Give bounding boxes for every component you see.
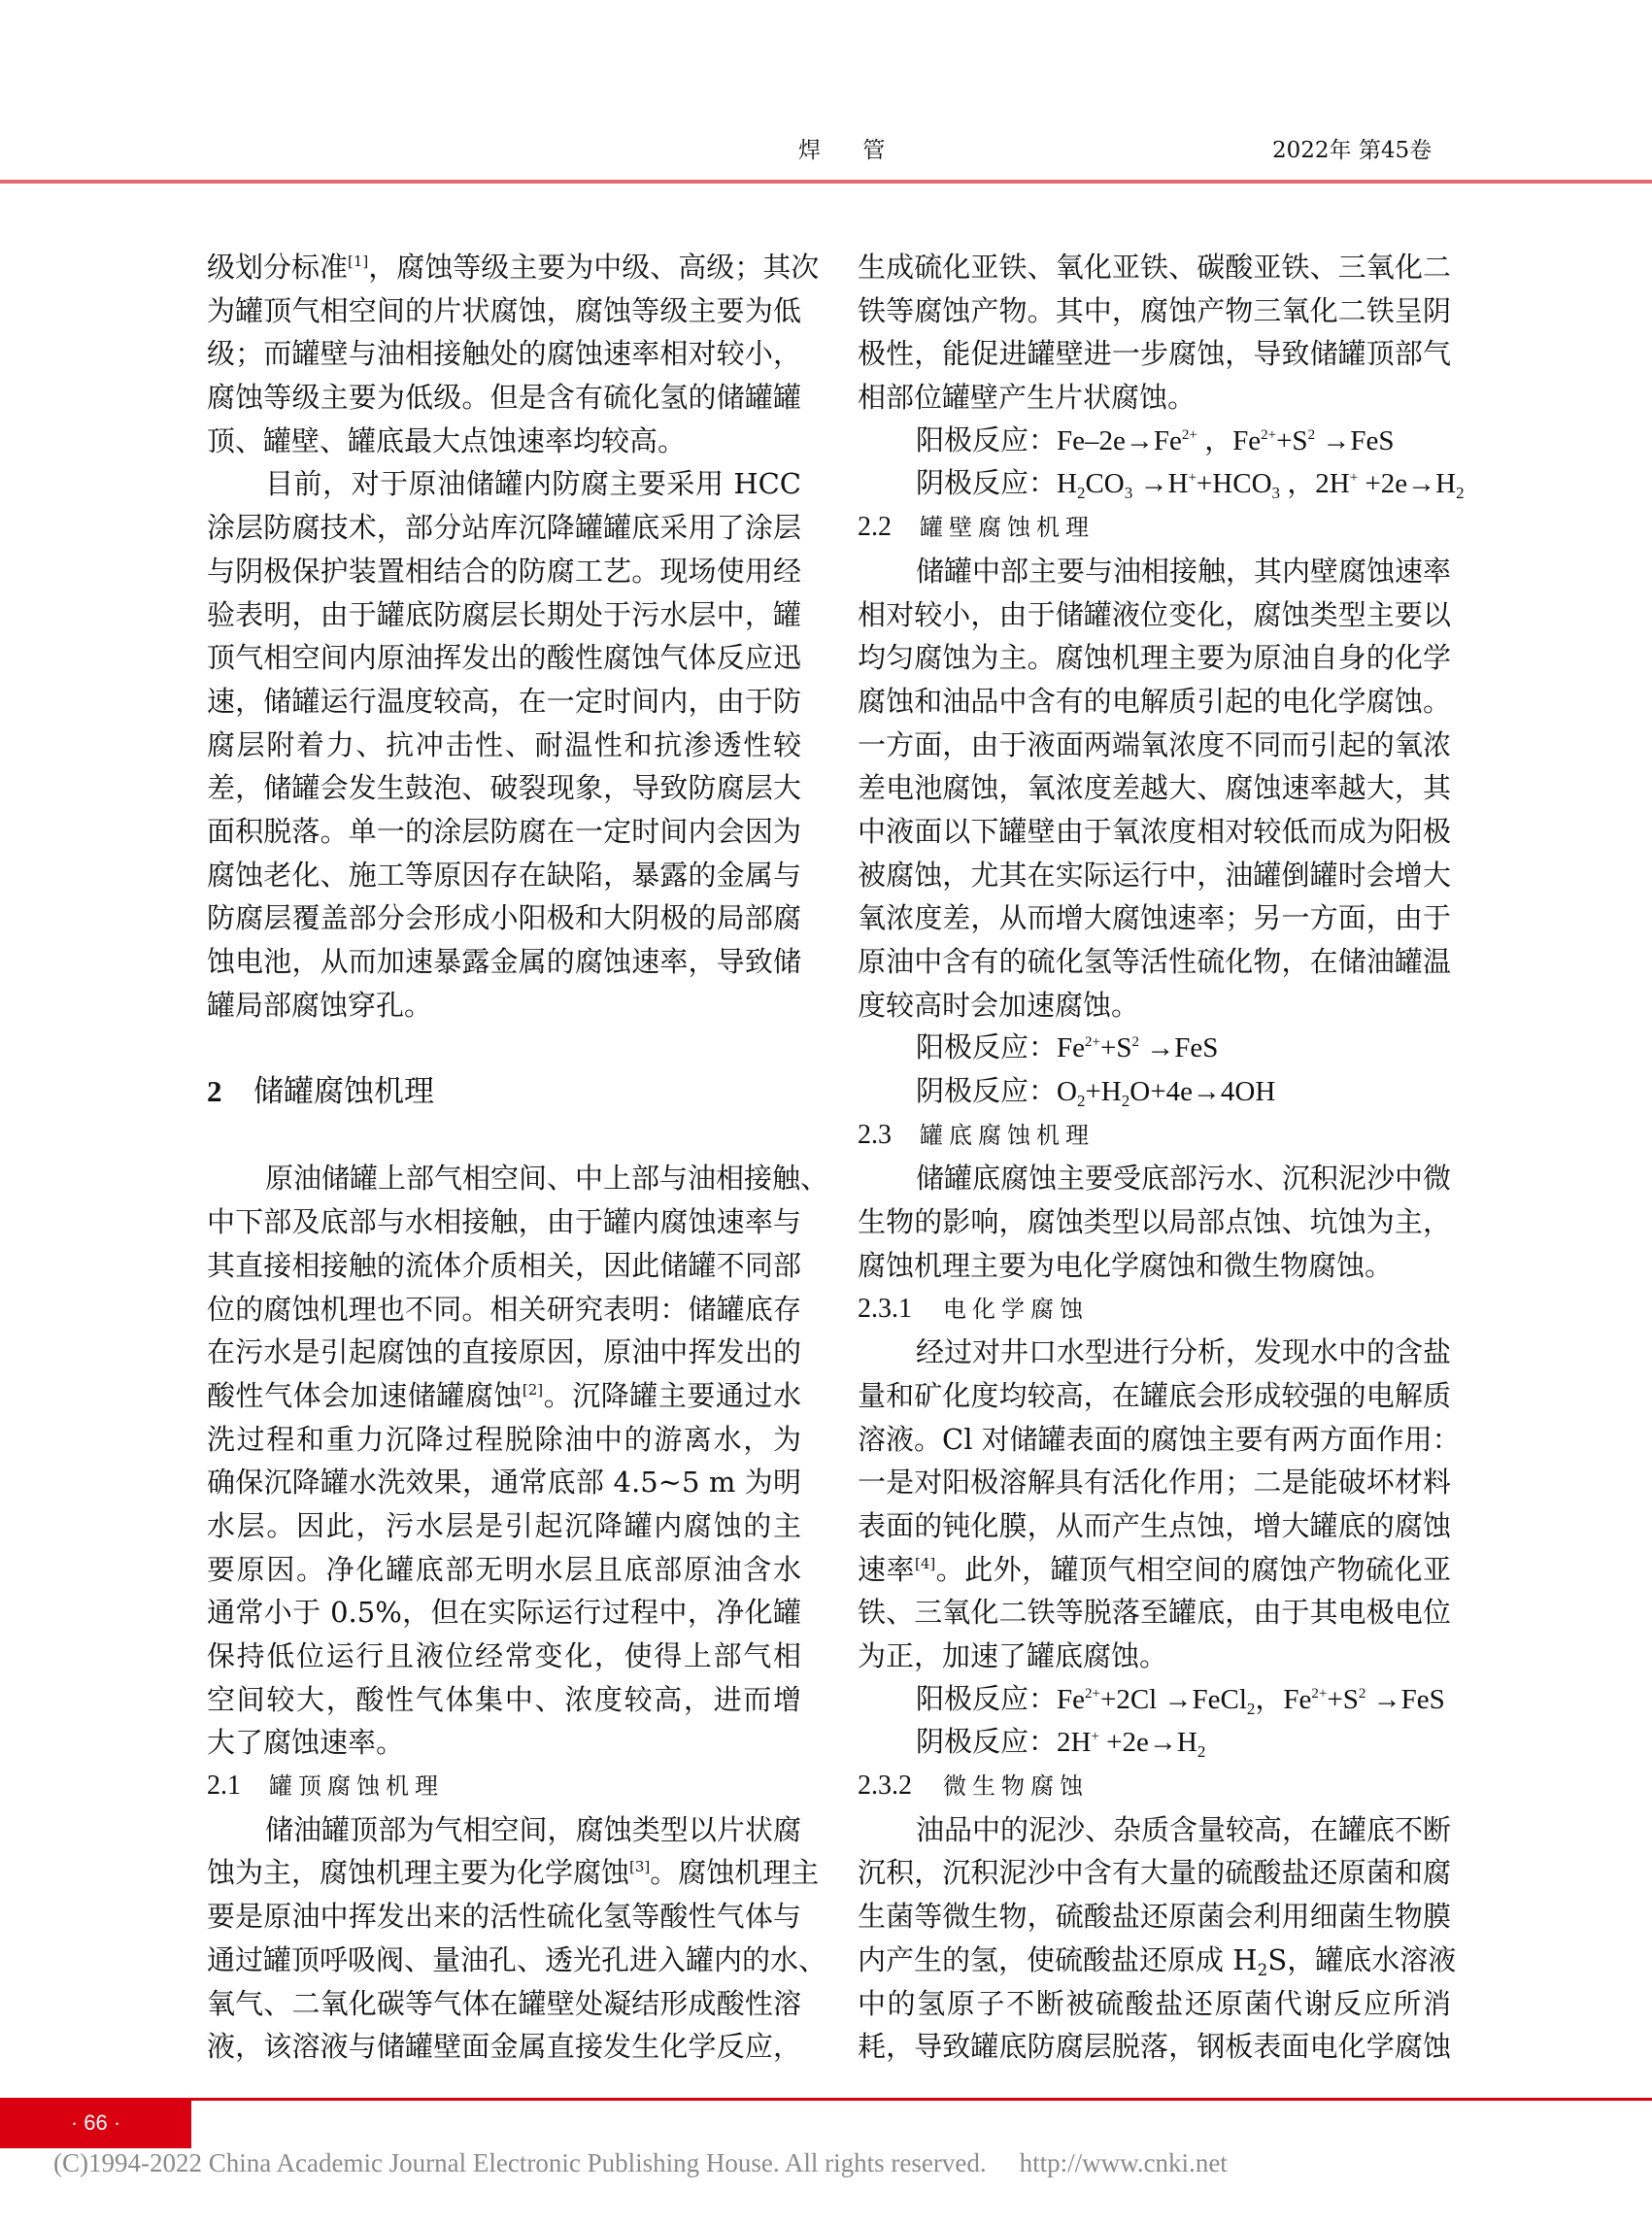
section-number: 2.2 bbox=[858, 506, 920, 550]
line-text: 为罐顶气相空间的片状腐蚀，腐蚀等级主要为低 bbox=[207, 294, 801, 327]
section-number: 2.3 bbox=[858, 1114, 920, 1158]
line-text: 通常小于 0.5%，但在实际运行过程中，净化罐 bbox=[207, 1596, 801, 1629]
line-text: 耗，导致罐底防腐层脱落，钢板表面电化学腐蚀 bbox=[858, 2030, 1451, 2063]
text-line: 级；而罐壁与油相接触处的腐蚀速率相对较小， bbox=[207, 332, 801, 376]
text-line: 要原因。净化罐底部无明水层且底部原油含水 bbox=[207, 1548, 801, 1592]
text-run: 腐蚀等级主要为低级。但是含有硫化氢的储罐罐 bbox=[207, 381, 801, 414]
text-line: 与阴极保护装置相结合的防腐工艺。现场使用经 bbox=[207, 550, 801, 593]
text-line: 中液面以下罐壁由于氧浓度相对较低而成为阳极 bbox=[858, 810, 1451, 854]
text-run: O+4e→4OH bbox=[1129, 1076, 1275, 1107]
line-text: 中的氢原子不断被硫酸盐还原菌代谢反应所消 bbox=[858, 1987, 1451, 2020]
line-text: 沉积，沉积泥沙中含有大量的硫酸盐还原菌和腐 bbox=[858, 1856, 1451, 1889]
text-run: 铁等腐蚀产物。其中，腐蚀产物三氧化二铁呈阴 bbox=[858, 294, 1451, 327]
text-run: +2Cl →FeCl bbox=[1100, 1684, 1247, 1715]
text-run: 溶液。Cl 对储罐表面的腐蚀主要有两方面作用： bbox=[858, 1423, 1461, 1456]
line-text: 经过对井口水型进行分析，发现水中的含盐 bbox=[916, 1335, 1451, 1368]
text-run: 通过罐顶呼吸阀、量油孔、透光孔进入罐内的水、 bbox=[207, 1943, 826, 1976]
text-run: 阴极反应：2H bbox=[916, 1727, 1091, 1758]
text-run: 储罐中部主要与油相接触，其内壁腐蚀速率 bbox=[916, 555, 1451, 588]
text-line: 在污水是引起腐蚀的直接原因，原油中挥发出的 bbox=[207, 1331, 801, 1374]
text-run: →FeS bbox=[1365, 1684, 1444, 1715]
text-run: 氧浓度差，从而增大腐蚀速率；另一方面，由于 bbox=[858, 901, 1451, 934]
text-run: 油品中的泥沙、杂质含量较高，在罐底不断 bbox=[916, 1813, 1451, 1846]
line-text: 位的腐蚀机理也不同。相关研究表明：储罐底存 bbox=[207, 1293, 801, 1326]
line-text: 原油中含有的硫化氢等活性硫化物，在储油罐温 bbox=[858, 945, 1451, 978]
left-text-column: 级划分标准[1]，腐蚀等级主要为中级、高级；其次为罐顶气相空间的片状腐蚀，腐蚀等… bbox=[207, 246, 801, 2069]
line-text: 腐蚀老化、施工等原因存在缺陷，暴露的金属与 bbox=[207, 859, 801, 892]
line-text: 要是原油中挥发出来的活性硫化氢等酸性气体与 bbox=[207, 1900, 801, 1933]
text-line: 空间较大，酸性气体集中、浓度较高，进而增 bbox=[207, 1678, 801, 1722]
copyright-notice: (C)1994-2022 China Academic Journal Elec… bbox=[53, 2148, 1228, 2178]
text-run: 生成硫化亚铁、氧化亚铁、碳酸亚铁、三氧化二 bbox=[858, 251, 1451, 284]
section-heading: 2.3罐底腐蚀机理 bbox=[858, 1114, 1451, 1158]
text-run: →H bbox=[1132, 468, 1188, 499]
reaction-equation: 阳极反应：Fe–2e→Fe2+ ，Fe2++S2 →FeS bbox=[858, 420, 1451, 463]
reaction-equation: 阴极反应：O2+H2O+4e→4OH bbox=[858, 1070, 1451, 1114]
line-text: 油品中的泥沙、杂质含量较高，在罐底不断 bbox=[916, 1813, 1451, 1846]
superscript: 2+ bbox=[1261, 427, 1276, 443]
text-line: 均匀腐蚀为主。腐蚀机理主要为原油自身的化学 bbox=[858, 636, 1451, 680]
text-run: 原油储罐上部气相空间、中上部与油相接触、 bbox=[265, 1162, 828, 1195]
line-text: 一是对阳极溶解具有活化作用；二是能破坏材料 bbox=[858, 1466, 1451, 1499]
text-run: 阳极反应：Fe bbox=[916, 1684, 1085, 1715]
text-line: 腐蚀和油品中含有的电解质引起的电化学腐蚀。 bbox=[858, 680, 1451, 724]
line-text: 阳极反应：Fe2++2Cl →FeCl2，Fe2++S2 →FeS bbox=[916, 1684, 1445, 1715]
text-run: 沉积，沉积泥沙中含有大量的硫酸盐还原菌和腐 bbox=[858, 1856, 1451, 1889]
text-run: 中液面以下罐壁由于氧浓度相对较低而成为阳极 bbox=[858, 815, 1451, 848]
text-run: 级划分标准 bbox=[207, 251, 348, 284]
text-line: 储罐中部主要与油相接触，其内壁腐蚀速率 bbox=[858, 550, 1451, 593]
reaction-equation: 阳极反应：Fe2++S2 →FeS bbox=[858, 1027, 1451, 1070]
text-run: 酸性气体会加速储罐腐蚀 bbox=[207, 1379, 523, 1412]
text-line: 铁等腐蚀产物。其中，腐蚀产物三氧化二铁呈阴 bbox=[858, 289, 1451, 333]
text-run: 相部位罐壁产生片状腐蚀。 bbox=[858, 381, 1196, 414]
text-run: 要原因。净化罐底部无明水层且底部原油含水 bbox=[207, 1553, 801, 1586]
text-run: S，罐底水溶液 bbox=[1267, 1943, 1456, 1976]
text-run: 中的氢原子不断被硫酸盐还原菌代谢反应所消 bbox=[858, 1987, 1451, 2020]
text-run: 级；而罐壁与油相接触处的腐蚀速率相对较小， bbox=[207, 337, 801, 370]
superscript: + bbox=[1350, 470, 1358, 486]
footer-divider bbox=[0, 2098, 1652, 2101]
issue-info: 2022年 第45卷 bbox=[1272, 132, 1432, 164]
line-text: 铁等腐蚀产物。其中，腐蚀产物三氧化二铁呈阴 bbox=[858, 294, 1451, 327]
text-run: 阳极反应：Fe bbox=[916, 1032, 1085, 1063]
text-line: 铁、三氧化二铁等脱落至罐底，由于其电极电位 bbox=[858, 1591, 1451, 1635]
text-run: 液，该溶液与储罐壁面金属直接发生化学反应， bbox=[207, 2030, 801, 2063]
text-run: 度较高时会加速腐蚀。 bbox=[858, 989, 1139, 1022]
text-run: 保持低位运行且液位经常变化，使得上部气相 bbox=[207, 1639, 801, 1672]
line-text: 溶液。Cl 对储罐表面的腐蚀主要有两方面作用： bbox=[858, 1423, 1461, 1456]
line-text: 极性，能促进罐壁进一步腐蚀，导致储罐顶部气 bbox=[858, 337, 1451, 370]
text-line: 速率[4]。此外，罐顶气相空间的腐蚀产物硫化亚 bbox=[858, 1548, 1451, 1592]
text-line: 被腐蚀，尤其在实际运行中，油罐倒罐时会增大 bbox=[858, 854, 1451, 897]
text-run: 大了腐蚀速率。 bbox=[207, 1726, 404, 1759]
text-run: 生菌等微生物，硫酸盐还原菌会利用细菌生物膜 bbox=[858, 1900, 1451, 1933]
line-text: 阴极反应：2H+ +2e→H2 bbox=[916, 1727, 1205, 1758]
text-line: 防腐层覆盖部分会形成小阳极和大阴极的局部腐 bbox=[207, 896, 801, 940]
text-line: 储罐底腐蚀主要受底部污水、沉积泥沙中微 bbox=[858, 1157, 1451, 1200]
text-run: 罐顶腐蚀机理 bbox=[269, 1772, 444, 1800]
line-text: 腐蚀机理主要为电化学腐蚀和微生物腐蚀。 bbox=[858, 1249, 1393, 1282]
text-line: 为正，加速了罐底腐蚀。 bbox=[858, 1635, 1451, 1678]
text-run: 。腐蚀机理主 bbox=[650, 1856, 819, 1889]
text-run: +2e→H bbox=[1358, 468, 1456, 499]
line-text: 微生物腐蚀 bbox=[943, 1772, 1089, 1800]
text-line: 中的氢原子不断被硫酸盐还原菌代谢反应所消 bbox=[858, 1982, 1451, 2026]
text-run: 生物的影响，腐蚀类型以局部点蚀、坑蚀为主， bbox=[858, 1205, 1451, 1238]
line-text: 被腐蚀，尤其在实际运行中，油罐倒罐时会增大 bbox=[858, 859, 1451, 892]
text-run: 均匀腐蚀为主。腐蚀机理主要为原油自身的化学 bbox=[858, 641, 1451, 674]
superscript: [1] bbox=[348, 253, 368, 270]
text-line: 验表明，由于罐底防腐层长期处于污水层中，罐 bbox=[207, 593, 801, 637]
line-text: 相对较小，由于储罐液位变化，腐蚀类型主要以 bbox=[858, 598, 1451, 631]
text-run: 水层。因此，污水层是引起沉降罐内腐蚀的主 bbox=[207, 1509, 801, 1542]
text-run: 。沉降罐主要通过水 bbox=[543, 1379, 801, 1412]
reaction-equation: 阳极反应：Fe2++2Cl →FeCl2，Fe2++S2 →FeS bbox=[858, 1678, 1451, 1722]
text-line: 原油储罐上部气相空间、中上部与油相接触、 bbox=[207, 1157, 801, 1200]
text-line: 保持低位运行且液位经常变化，使得上部气相 bbox=[207, 1635, 801, 1678]
line-text: 表面的钝化膜，从而产生点蚀，增大罐底的腐蚀 bbox=[858, 1509, 1451, 1542]
text-line: 沉积，沉积泥沙中含有大量的硫酸盐还原菌和腐 bbox=[858, 1851, 1451, 1895]
text-run: 在污水是引起腐蚀的直接原因，原油中挥发出的 bbox=[207, 1335, 801, 1368]
text-line: 差电池腐蚀，氧浓度差越大、腐蚀速率越大，其 bbox=[858, 766, 1451, 810]
text-run: 电化学腐蚀 bbox=[943, 1296, 1089, 1323]
text-line: 油品中的泥沙、杂质含量较高，在罐底不断 bbox=[858, 1808, 1451, 1852]
line-text: 铁、三氧化二铁等脱落至罐底，由于其电极电位 bbox=[858, 1596, 1451, 1629]
page-number: · 66 · bbox=[71, 2110, 120, 2135]
text-run: CO bbox=[1085, 468, 1124, 499]
text-line: 一方面，由于液面两端氧浓度不同而引起的氧浓 bbox=[858, 724, 1451, 767]
subscript: 2 bbox=[1456, 484, 1465, 502]
line-text: 差电池腐蚀，氧浓度差越大、腐蚀速率越大，其 bbox=[858, 771, 1451, 804]
line-text: 面积脱落。单一的涂层防腐在一定时间内会因为 bbox=[207, 815, 801, 848]
superscript: + bbox=[1091, 1729, 1098, 1744]
text-run: 其直接相接触的流体介质相关，因此储罐不同部 bbox=[207, 1249, 801, 1282]
text-line: 度较高时会加速腐蚀。 bbox=[858, 984, 1451, 1028]
text-run: 阴极反应：O bbox=[916, 1076, 1077, 1107]
text-line: 腐蚀机理主要为电化学腐蚀和微生物腐蚀。 bbox=[858, 1244, 1451, 1288]
copyright-text: (C)1994-2022 China Academic Journal Elec… bbox=[53, 2148, 987, 2177]
text-line: 经过对井口水型进行分析，发现水中的含盐 bbox=[858, 1331, 1451, 1374]
text-run: 罐局部腐蚀穿孔。 bbox=[207, 989, 432, 1022]
text-line: 储油罐顶部为气相空间，腐蚀类型以片状腐 bbox=[207, 1808, 801, 1852]
text-run: 微生物腐蚀 bbox=[943, 1772, 1089, 1800]
text-run: ，腐蚀等级主要为中级、高级；其次 bbox=[368, 251, 819, 284]
line-text: 级；而罐壁与油相接触处的腐蚀速率相对较小， bbox=[207, 337, 801, 370]
subscript: 3 bbox=[1272, 484, 1281, 502]
line-text: 电化学腐蚀 bbox=[943, 1296, 1089, 1323]
text-line: 溶液。Cl 对储罐表面的腐蚀主要有两方面作用： bbox=[858, 1418, 1451, 1462]
line-text: 速率[4]。此外，罐顶气相空间的腐蚀产物硫化亚 bbox=[858, 1553, 1451, 1586]
subscript: 3 bbox=[1125, 484, 1133, 502]
text-run: 防腐层覆盖部分会形成小阳极和大阴极的局部腐 bbox=[207, 901, 801, 934]
text-run: 顶气相空间内原油挥发出的酸性腐蚀气体反应迅 bbox=[207, 641, 801, 674]
text-run: 量和矿化度均较高，在罐底会形成较强的电解质 bbox=[858, 1379, 1451, 1412]
text-line: 洗过程和重力沉降过程脱除油中的游离水，为 bbox=[207, 1418, 801, 1462]
line-text: 大了腐蚀速率。 bbox=[207, 1726, 404, 1759]
text-run: 阳极反应：Fe–2e→Fe bbox=[916, 425, 1182, 456]
text-run: 。此外，罐顶气相空间的腐蚀产物硫化亚 bbox=[935, 1553, 1451, 1586]
text-line: 生成硫化亚铁、氧化亚铁、碳酸亚铁、三氧化二 bbox=[858, 246, 1451, 289]
text-line: 涂层防腐技术，部分站库沉降罐罐底采用了涂层 bbox=[207, 506, 801, 550]
line-text: 腐层附着力、抗冲击性、耐温性和抗渗透性较 bbox=[207, 728, 801, 761]
line-text: 验表明，由于罐底防腐层长期处于污水层中，罐 bbox=[207, 598, 801, 631]
text-line: 通过罐顶呼吸阀、量油孔、透光孔进入罐内的水、 bbox=[207, 1939, 801, 1982]
text-run: +S bbox=[1276, 425, 1307, 456]
text-line: 腐蚀等级主要为低级。但是含有硫化氢的储罐罐 bbox=[207, 376, 801, 420]
text-run: 一是对阳极溶解具有活化作用；二是能破坏材料 bbox=[858, 1466, 1451, 1499]
text-run: 差电池腐蚀，氧浓度差越大、腐蚀速率越大，其 bbox=[858, 771, 1451, 804]
text-run: 经过对井口水型进行分析，发现水中的含盐 bbox=[916, 1335, 1451, 1368]
text-run: 蚀电池，从而加速暴露金属的腐蚀速率，导致储 bbox=[207, 945, 801, 978]
journal-title: 焊 管 bbox=[798, 132, 902, 164]
text-line: 速，储罐运行温度较高，在一定时间内，由于防 bbox=[207, 680, 801, 724]
subscript: 2 bbox=[1258, 1961, 1268, 1980]
line-text: 酸性气体会加速储罐腐蚀[2]。沉降罐主要通过水 bbox=[207, 1379, 801, 1412]
line-text: 氧气、二氧化碳等气体在罐壁处凝结形成酸性溶 bbox=[207, 1987, 801, 2020]
text-line: 腐蚀老化、施工等原因存在缺陷，暴露的金属与 bbox=[207, 854, 801, 897]
text-run: 位的腐蚀机理也不同。相关研究表明：储罐底存 bbox=[207, 1293, 801, 1326]
text-line: 为罐顶气相空间的片状腐蚀，腐蚀等级主要为低 bbox=[207, 289, 801, 333]
line-text: 储罐底腐蚀主要受底部污水、沉积泥沙中微 bbox=[916, 1162, 1451, 1195]
line-text: 中液面以下罐壁由于氧浓度相对较低而成为阳极 bbox=[858, 815, 1451, 848]
line-text: 目前，对于原油储罐内防腐主要采用 HCC bbox=[265, 467, 801, 500]
text-run: +S bbox=[1100, 1032, 1131, 1063]
text-run: 速，储罐运行温度较高，在一定时间内，由于防 bbox=[207, 685, 801, 718]
line-text: 罐局部腐蚀穿孔。 bbox=[207, 989, 432, 1022]
text-run: 罐壁腐蚀机理 bbox=[920, 514, 1095, 541]
text-run: ，Fe bbox=[1255, 1684, 1311, 1715]
text-line: 大了腐蚀速率。 bbox=[207, 1721, 801, 1765]
text-run: 相对较小，由于储罐液位变化，腐蚀类型主要以 bbox=[858, 598, 1451, 631]
text-run: 阴极反应：H bbox=[916, 468, 1077, 499]
line-text: 腐蚀等级主要为低级。但是含有硫化氢的储罐罐 bbox=[207, 381, 801, 414]
superscript: 2+ bbox=[1182, 427, 1197, 443]
superscript: [2] bbox=[523, 1381, 543, 1399]
text-run: ，2H bbox=[1280, 468, 1350, 499]
text-line: 面积脱落。单一的涂层防腐在一定时间内会因为 bbox=[207, 810, 801, 854]
superscript: [4] bbox=[915, 1555, 935, 1572]
line-text: 氧浓度差，从而增大腐蚀速率；另一方面，由于 bbox=[858, 901, 1451, 934]
text-run: 腐蚀和油品中含有的电解质引起的电化学腐蚀。 bbox=[858, 685, 1451, 718]
text-line: 级划分标准[1]，腐蚀等级主要为中级、高级；其次 bbox=[207, 246, 801, 289]
section-number: 2.1 bbox=[207, 1765, 269, 1808]
text-line: 相对较小，由于储罐液位变化，腐蚀类型主要以 bbox=[858, 593, 1451, 637]
line-text: 罐壁腐蚀机理 bbox=[920, 514, 1095, 541]
line-text: 阴极反应：H2CO3 →H++HCO3 ，2H+ +2e→H2 bbox=[916, 468, 1465, 499]
text-run: 确保沉降罐水洗效果，通常底部 4.5~5 m 为明 bbox=[207, 1466, 801, 1499]
text-line: 量和矿化度均较高，在罐底会形成较强的电解质 bbox=[858, 1374, 1451, 1418]
text-line: 耗，导致罐底防腐层脱落，钢板表面电化学腐蚀 bbox=[858, 2025, 1451, 2069]
subscript: 2 bbox=[1122, 1092, 1130, 1110]
text-run: 表面的钝化膜，从而产生点蚀，增大罐底的腐蚀 bbox=[858, 1509, 1451, 1542]
text-line: 中下部及底部与水相接触，由于罐内腐蚀速率与 bbox=[207, 1200, 801, 1244]
section-number: 2.3.1 bbox=[858, 1288, 943, 1332]
text-run: 要是原油中挥发出来的活性硫化氢等酸性气体与 bbox=[207, 1900, 801, 1933]
line-text: 顶气相空间内原油挥发出的酸性腐蚀气体反应迅 bbox=[207, 641, 801, 674]
text-run: 储罐腐蚀机理 bbox=[253, 1074, 434, 1109]
line-text: 储罐中部主要与油相接触，其内壁腐蚀速率 bbox=[916, 555, 1451, 588]
text-line: 表面的钝化膜，从而产生点蚀，增大罐底的腐蚀 bbox=[858, 1504, 1451, 1548]
line-text: 量和矿化度均较高，在罐底会形成较强的电解质 bbox=[858, 1379, 1451, 1412]
line-text: 阳极反应：Fe–2e→Fe2+ ，Fe2++S2 →FeS bbox=[916, 425, 1394, 456]
superscript: 2+ bbox=[1085, 1034, 1100, 1050]
line-text: 阴极反应：O2+H2O+4e→4OH bbox=[916, 1076, 1275, 1107]
subscript: 2 bbox=[1197, 1742, 1206, 1761]
text-line: 顶、罐壁、罐底最大点蚀速率均较高。 bbox=[207, 420, 801, 463]
reaction-equation: 阴极反应：H2CO3 →H++HCO3 ，2H+ +2e→H2 bbox=[858, 462, 1451, 506]
superscript: + bbox=[1188, 470, 1196, 486]
text-line: 生菌等微生物，硫酸盐还原菌会利用细菌生物膜 bbox=[858, 1895, 1451, 1939]
line-text: 水层。因此，污水层是引起沉降罐内腐蚀的主 bbox=[207, 1509, 801, 1542]
line-text: 确保沉降罐水洗效果，通常底部 4.5~5 m 为明 bbox=[207, 1466, 801, 1499]
line-text: 洗过程和重力沉降过程脱除油中的游离水，为 bbox=[207, 1423, 801, 1456]
line-text: 级划分标准[1]，腐蚀等级主要为中级、高级；其次 bbox=[207, 251, 819, 284]
text-line: 其直接相接触的流体介质相关，因此储罐不同部 bbox=[207, 1244, 801, 1288]
text-line: 水层。因此，污水层是引起沉降罐内腐蚀的主 bbox=[207, 1504, 801, 1548]
text-run: 铁、三氧化二铁等脱落至罐底，由于其电极电位 bbox=[858, 1596, 1451, 1629]
text-line: 酸性气体会加速储罐腐蚀[2]。沉降罐主要通过水 bbox=[207, 1374, 801, 1418]
section-heading: 2.3.1电化学腐蚀 bbox=[858, 1288, 1451, 1332]
text-line: 确保沉降罐水洗效果，通常底部 4.5~5 m 为明 bbox=[207, 1461, 801, 1504]
text-run: 储罐底腐蚀主要受底部污水、沉积泥沙中微 bbox=[916, 1162, 1451, 1195]
section-heading: 2.1罐顶腐蚀机理 bbox=[207, 1765, 801, 1808]
line-text: 差，储罐会发生鼓泡、破裂现象，导致防腐层大 bbox=[207, 771, 801, 804]
text-run: 通常小于 0.5%，但在实际运行过程中，净化罐 bbox=[207, 1596, 801, 1629]
line-text: 储罐腐蚀机理 bbox=[253, 1074, 434, 1109]
text-line: 罐局部腐蚀穿孔。 bbox=[207, 984, 801, 1028]
text-run: 腐层附着力、抗冲击性、耐温性和抗渗透性较 bbox=[207, 728, 801, 761]
right-text-column: 生成硫化亚铁、氧化亚铁、碳酸亚铁、三氧化二铁等腐蚀产物。其中，腐蚀产物三氧化二铁… bbox=[858, 246, 1451, 2069]
line-text: 度较高时会加速腐蚀。 bbox=[858, 989, 1139, 1022]
line-text: 生菌等微生物，硫酸盐还原菌会利用细菌生物膜 bbox=[858, 1900, 1451, 1933]
line-text: 生物的影响，腐蚀类型以局部点蚀、坑蚀为主， bbox=[858, 1205, 1451, 1238]
line-text: 生成硫化亚铁、氧化亚铁、碳酸亚铁、三氧化二 bbox=[858, 251, 1451, 284]
text-run: 验表明，由于罐底防腐层长期处于污水层中，罐 bbox=[207, 598, 801, 631]
text-run: 顶、罐壁、罐底最大点蚀速率均较高。 bbox=[207, 424, 686, 457]
text-line bbox=[207, 1114, 801, 1158]
text-line: 液，该溶液与储罐壁面金属直接发生化学反应， bbox=[207, 2025, 801, 2069]
line-text: 蚀电池，从而加速暴露金属的腐蚀速率，导致储 bbox=[207, 945, 801, 978]
line-text: 要原因。净化罐底部无明水层且底部原油含水 bbox=[207, 1553, 801, 1586]
text-line: 腐层附着力、抗冲击性、耐温性和抗渗透性较 bbox=[207, 724, 801, 767]
text-run: 储油罐顶部为气相空间，腐蚀类型以片状腐 bbox=[265, 1813, 801, 1846]
text-run: 腐蚀老化、施工等原因存在缺陷，暴露的金属与 bbox=[207, 859, 801, 892]
text-run: +S bbox=[1327, 1684, 1358, 1715]
line-text: 腐蚀和油品中含有的电解质引起的电化学腐蚀。 bbox=[858, 685, 1451, 718]
section-number: 2 bbox=[207, 1070, 253, 1114]
text-run: 洗过程和重力沉降过程脱除油中的游离水，为 bbox=[207, 1423, 801, 1456]
text-run: 极性，能促进罐壁进一步腐蚀，导致储罐顶部气 bbox=[858, 337, 1451, 370]
text-run: 内产生的氢，使硫酸盐还原成 H bbox=[858, 1943, 1258, 1976]
text-run: ，Fe bbox=[1197, 425, 1261, 456]
line-text: 与阴极保护装置相结合的防腐工艺。现场使用经 bbox=[207, 555, 801, 588]
superscript: [3] bbox=[629, 1858, 650, 1875]
line-text: 均匀腐蚀为主。腐蚀机理主要为原油自身的化学 bbox=[858, 641, 1451, 674]
line-text: 中下部及底部与水相接触，由于罐内腐蚀速率与 bbox=[207, 1205, 801, 1238]
text-run: 蚀为主，腐蚀机理主要为化学腐蚀 bbox=[207, 1856, 629, 1889]
text-run: 速率 bbox=[858, 1553, 915, 1586]
line-text: 速，储罐运行温度较高，在一定时间内，由于防 bbox=[207, 685, 801, 718]
text-run: 原油中含有的硫化氢等活性硫化物，在储油罐温 bbox=[858, 945, 1451, 978]
superscript: 2+ bbox=[1085, 1686, 1100, 1702]
text-line: 通常小于 0.5%，但在实际运行过程中，净化罐 bbox=[207, 1591, 801, 1635]
text-line: 相部位罐壁产生片状腐蚀。 bbox=[858, 376, 1451, 420]
line-text: 内产生的氢，使硫酸盐还原成 H2S，罐底水溶液 bbox=[858, 1943, 1456, 1976]
text-line: 位的腐蚀机理也不同。相关研究表明：储罐底存 bbox=[207, 1288, 801, 1332]
text-run: 中下部及底部与水相接触，由于罐内腐蚀速率与 bbox=[207, 1205, 801, 1238]
text-run: →FeS bbox=[1315, 425, 1394, 456]
line-text: 通过罐顶呼吸阀、量油孔、透光孔进入罐内的水、 bbox=[207, 1943, 826, 1976]
line-text: 原油储罐上部气相空间、中上部与油相接触、 bbox=[265, 1162, 828, 1195]
text-run: 与阴极保护装置相结合的防腐工艺。现场使用经 bbox=[207, 555, 801, 588]
cnki-link[interactable]: http://www.cnki.net bbox=[1020, 2148, 1228, 2177]
text-line: 差，储罐会发生鼓泡、破裂现象，导致防腐层大 bbox=[207, 766, 801, 810]
superscript: 2 bbox=[1131, 1034, 1139, 1050]
text-run: 差，储罐会发生鼓泡、破裂现象，导致防腐层大 bbox=[207, 771, 801, 804]
text-run: 为正，加速了罐底腐蚀。 bbox=[858, 1639, 1167, 1672]
line-text: 涂层防腐技术，部分站库沉降罐罐底采用了涂层 bbox=[207, 511, 801, 544]
text-line bbox=[207, 1027, 801, 1070]
line-text: 保持低位运行且液位经常变化，使得上部气相 bbox=[207, 1639, 801, 1672]
text-line: 氧气、二氧化碳等气体在罐壁处凝结形成酸性溶 bbox=[207, 1982, 801, 2026]
line-text: 储油罐顶部为气相空间，腐蚀类型以片状腐 bbox=[265, 1813, 801, 1846]
section-number: 2.3.2 bbox=[858, 1765, 943, 1808]
line-text: 罐顶腐蚀机理 bbox=[269, 1772, 444, 1800]
text-line: 目前，对于原油储罐内防腐主要采用 HCC bbox=[207, 462, 801, 506]
text-run: +H bbox=[1085, 1076, 1121, 1107]
text-run: 涂层防腐技术，部分站库沉降罐罐底采用了涂层 bbox=[207, 511, 801, 544]
text-run: +HCO bbox=[1197, 468, 1272, 499]
text-line: 蚀电池，从而加速暴露金属的腐蚀速率，导致储 bbox=[207, 940, 801, 984]
section-heading: 2.2罐壁腐蚀机理 bbox=[858, 506, 1451, 550]
text-line: 原油中含有的硫化氢等活性硫化物，在储油罐温 bbox=[858, 940, 1451, 984]
text-run: +2e→H bbox=[1099, 1727, 1197, 1758]
header-divider bbox=[0, 180, 1652, 184]
superscript: 2+ bbox=[1311, 1686, 1327, 1702]
text-run: 罐底腐蚀机理 bbox=[920, 1122, 1095, 1149]
line-text: 防腐层覆盖部分会形成小阳极和大阴极的局部腐 bbox=[207, 901, 801, 934]
text-line: 内产生的氢，使硫酸盐还原成 H2S，罐底水溶液 bbox=[858, 1939, 1451, 1982]
text-run: 空间较大，酸性气体集中、浓度较高，进而增 bbox=[207, 1683, 801, 1716]
text-line: 氧浓度差，从而增大腐蚀速率；另一方面，由于 bbox=[858, 896, 1451, 940]
text-line: 极性，能促进罐壁进一步腐蚀，导致储罐顶部气 bbox=[858, 332, 1451, 376]
text-line: 生物的影响，腐蚀类型以局部点蚀、坑蚀为主， bbox=[858, 1200, 1451, 1244]
line-text: 其直接相接触的流体介质相关，因此储罐不同部 bbox=[207, 1249, 801, 1282]
text-line: 顶气相空间内原油挥发出的酸性腐蚀气体反应迅 bbox=[207, 636, 801, 680]
text-run: →FeS bbox=[1139, 1032, 1218, 1063]
line-text: 空间较大，酸性气体集中、浓度较高，进而增 bbox=[207, 1683, 801, 1716]
line-text: 罐底腐蚀机理 bbox=[920, 1122, 1095, 1149]
text-run: 耗，导致罐底防腐层脱落，钢板表面电化学腐蚀 bbox=[858, 2030, 1451, 2063]
text-line: 一是对阳极溶解具有活化作用；二是能破坏材料 bbox=[858, 1461, 1451, 1504]
text-run: 面积脱落。单一的涂层防腐在一定时间内会因为 bbox=[207, 815, 801, 848]
text-run: 被腐蚀，尤其在实际运行中，油罐倒罐时会增大 bbox=[858, 859, 1451, 892]
line-text: 一方面，由于液面两端氧浓度不同而引起的氧浓 bbox=[858, 728, 1451, 761]
reaction-equation: 阴极反应：2H+ +2e→H2 bbox=[858, 1721, 1451, 1765]
text-run: 为罐顶气相空间的片状腐蚀，腐蚀等级主要为低 bbox=[207, 294, 801, 327]
line-text: 阳极反应：Fe2++S2 →FeS bbox=[916, 1032, 1218, 1063]
line-text: 相部位罐壁产生片状腐蚀。 bbox=[858, 381, 1196, 414]
line-text: 为正，加速了罐底腐蚀。 bbox=[858, 1639, 1167, 1672]
page-number-badge: · 66 · bbox=[0, 2098, 191, 2148]
text-run: 氧气、二氧化碳等气体在罐壁处凝结形成酸性溶 bbox=[207, 1987, 801, 2020]
section-heading: 2.3.2微生物腐蚀 bbox=[858, 1765, 1451, 1808]
text-line: 要是原油中挥发出来的活性硫化氢等酸性气体与 bbox=[207, 1895, 801, 1939]
line-text: 顶、罐壁、罐底最大点蚀速率均较高。 bbox=[207, 424, 686, 457]
line-text: 液，该溶液与储罐壁面金属直接发生化学反应， bbox=[207, 2030, 801, 2063]
text-run: 腐蚀机理主要为电化学腐蚀和微生物腐蚀。 bbox=[858, 1249, 1393, 1282]
